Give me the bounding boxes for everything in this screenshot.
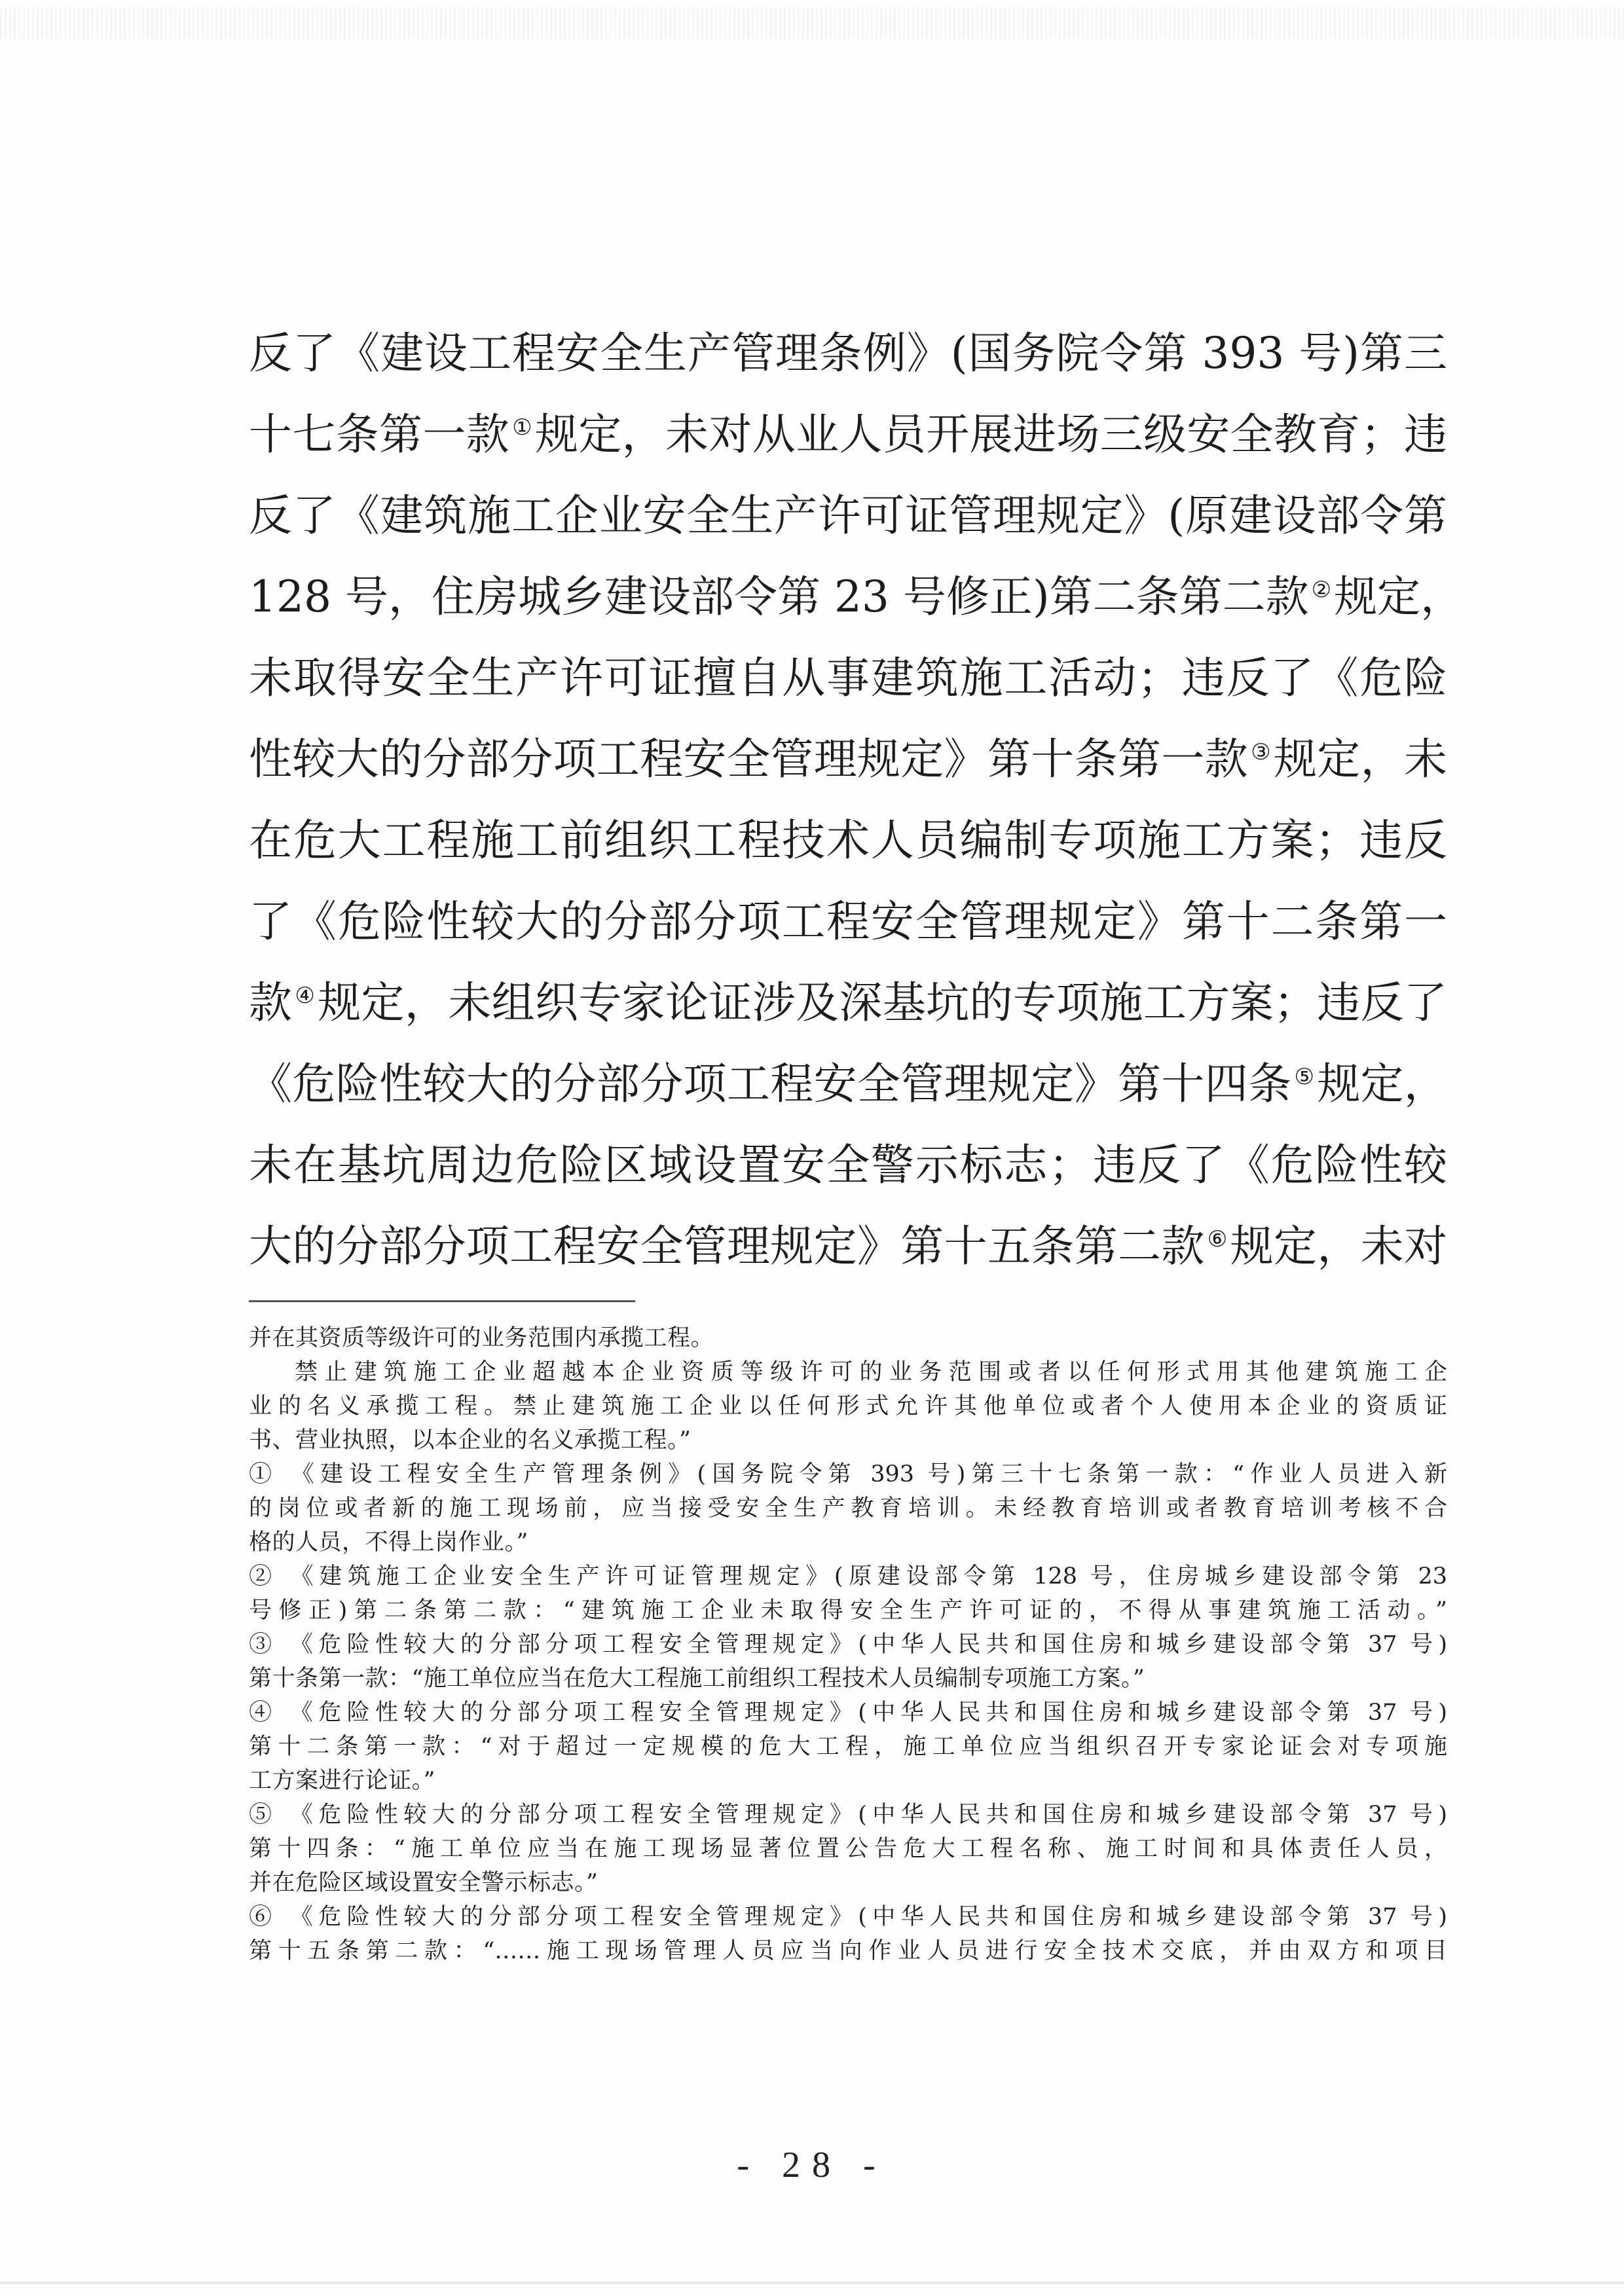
body-line-text: 《危险性较大的分部分项工程安全管理规定》第十四条 <box>249 1059 1291 1109</box>
body-line: 大的分部分项工程安全管理规定》第十五条第二款⑥规定，未对 <box>249 1206 1447 1287</box>
footnote-line: 并在其资质等级许可的业务范围内承揽工程。 <box>249 1321 1447 1355</box>
footnote-line: ① 《建设工程安全生产管理条例》(国务院令第 393 号)第三十七条第一款：“作… <box>249 1457 1447 1491</box>
body-line: 十七条第一款①规定，未对从业人员开展进场三级安全教育；违 <box>249 394 1447 475</box>
body-line: 未取得安全生产许可证擅自从事建筑施工活动；违反了《危险 <box>249 638 1447 719</box>
footnote-line: 第十四条：“施工单位应当在施工现场显著位置公告危大工程名称、施工时间和具体责任人… <box>249 1832 1447 1866</box>
footnotes: 并在其资质等级许可的业务范围内承揽工程。禁止建筑施工企业超越本企业资质等级许可的… <box>249 1321 1447 1968</box>
body-line-text: 十七条第一款 <box>249 409 509 460</box>
footnote-reference[interactable]: ① <box>512 414 532 441</box>
body-line-text: 规定，未对 <box>1230 1221 1447 1271</box>
body-line-text: 规定， <box>1334 572 1464 622</box>
footnote-line: 格的人员，不得上岗作业。” <box>249 1525 1447 1559</box>
body-line: 款④规定，未组织专家论证涉及深基坑的专项施工方案；违反了 <box>249 962 1447 1044</box>
body-line: 性较大的分部分项工程安全管理规定》第十条第一款③规定，未 <box>249 719 1447 800</box>
body-line-text: 未在基坑周边危险区域设置安全警示标志；违反了《危险性较 <box>249 1140 1447 1190</box>
body-line-text: 规定，未对从业人员开展进场三级安全教育；违 <box>535 409 1447 460</box>
footnote-line: 号修正)第二条第二款：“建筑施工企业未取得安全生产许可证的，不得从事建筑施工活动… <box>249 1594 1447 1628</box>
footnote-reference[interactable]: ⑥ <box>1208 1226 1228 1252</box>
footnote-line: 工方案进行论证。” <box>249 1764 1447 1798</box>
footnote-reference[interactable]: ④ <box>295 983 315 1009</box>
body-line: 反了《建筑施工企业安全生产许可证管理规定》(原建设部令第 <box>249 475 1447 556</box>
footnote-line: 书、营业执照，以本企业的名义承揽工程。” <box>249 1423 1447 1457</box>
footnote-line: ④ 《危险性较大的分部分项工程安全管理规定》(中华人民共和国住房和城乡建设部令第… <box>249 1696 1447 1730</box>
body-line-text: 规定，未组织专家论证涉及深基坑的专项施工方案；违反了 <box>318 977 1447 1028</box>
body-line-text: 款 <box>249 977 292 1028</box>
body-text: 反了《建设工程安全生产管理条例》(国务院令第 393 号)第三十七条第一款①规定… <box>249 313 1447 1287</box>
body-line-text: 规定，未 <box>1274 734 1447 784</box>
page-number: - 28 - <box>0 2144 1624 2186</box>
document-page: 反了《建设工程安全生产管理条例》(国务院令第 393 号)第三十七条第一款①规定… <box>0 0 1624 2296</box>
body-line: 128 号，住房城乡建设部令第 23 号修正)第二条第二款②规定， <box>249 556 1447 638</box>
body-line-text: 128 号，住房城乡建设部令第 23 号修正)第二条第二款 <box>249 572 1309 622</box>
body-line: 《危险性较大的分部分项工程安全管理规定》第十四条⑤规定， <box>249 1044 1447 1125</box>
body-line-text: 规定， <box>1317 1059 1447 1109</box>
body-line-text: 在危大工程施工前组织工程技术人员编制专项施工方案；违反 <box>249 815 1447 866</box>
body-line-text: 了《危险性较大的分部分项工程安全管理规定》第十二条第一 <box>249 896 1447 947</box>
footnote-line: ③ 《危险性较大的分部分项工程安全管理规定》(中华人民共和国住房和城乡建设部令第… <box>249 1628 1447 1662</box>
footnote-line: 第十五条第二款：“……施工现场管理人员应当向作业人员进行安全技术交底，并由双方和… <box>249 1934 1447 1968</box>
footnote-line: 并在危险区域设置安全警示标志。” <box>249 1866 1447 1900</box>
scan-edge-artifact-top <box>0 7 1624 39</box>
footnote-line: 的岗位或者新的施工现场前，应当接受安全生产教育培训。未经教育培训或者教育培训考核… <box>249 1491 1447 1525</box>
footnote-line: ⑤ 《危险性较大的分部分项工程安全管理规定》(中华人民共和国住房和城乡建设部令第… <box>249 1798 1447 1832</box>
footnote-separator <box>249 1300 635 1302</box>
footnote-line: 第十条第一款：“施工单位应当在危大工程施工前组织工程技术人员编制专项施工方案。” <box>249 1662 1447 1696</box>
body-line: 了《危险性较大的分部分项工程安全管理规定》第十二条第一 <box>249 881 1447 962</box>
body-line: 反了《建设工程安全生产管理条例》(国务院令第 393 号)第三 <box>249 313 1447 394</box>
footnote-reference[interactable]: ② <box>1312 577 1331 603</box>
body-line-text: 反了《建设工程安全生产管理条例》(国务院令第 393 号)第三 <box>249 328 1447 378</box>
body-line-text: 性较大的分部分项工程安全管理规定》第十条第一款 <box>249 734 1248 784</box>
footnote-reference[interactable]: ③ <box>1251 739 1271 765</box>
footnote-line: 第十二条第一款：“对于超过一定规模的危大工程，施工单位应当组织召开专家论证会对专… <box>249 1730 1447 1764</box>
footnote-line: ⑥ 《危险性较大的分部分项工程安全管理规定》(中华人民共和国住房和城乡建设部令第… <box>249 1900 1447 1934</box>
footnote-line: 禁止建筑施工企业超越本企业资质等级许可的业务范围或者以任何形式用其他建筑施工企 <box>249 1355 1447 1389</box>
body-line-text: 未取得安全生产许可证擅自从事建筑施工活动；违反了《危险 <box>249 653 1447 703</box>
body-line: 在危大工程施工前组织工程技术人员编制专项施工方案；违反 <box>249 800 1447 881</box>
body-line-text: 大的分部分项工程安全管理规定》第十五条第二款 <box>249 1221 1205 1271</box>
footnote-reference[interactable]: ⑤ <box>1294 1064 1314 1090</box>
scan-edge-artifact-bottom <box>0 2282 1624 2284</box>
body-line: 未在基坑周边危险区域设置安全警示标志；违反了《危险性较 <box>249 1125 1447 1206</box>
footnote-line: 业的名义承揽工程。禁止建筑施工企业以任何形式允许其他单位或者个人使用本企业的资质… <box>249 1389 1447 1423</box>
body-line-text: 反了《建筑施工企业安全生产许可证管理规定》(原建设部令第 <box>249 490 1447 541</box>
footnote-line: ② 《建筑施工企业安全生产许可证管理规定》(原建设部令第 128 号，住房城乡建… <box>249 1559 1447 1594</box>
